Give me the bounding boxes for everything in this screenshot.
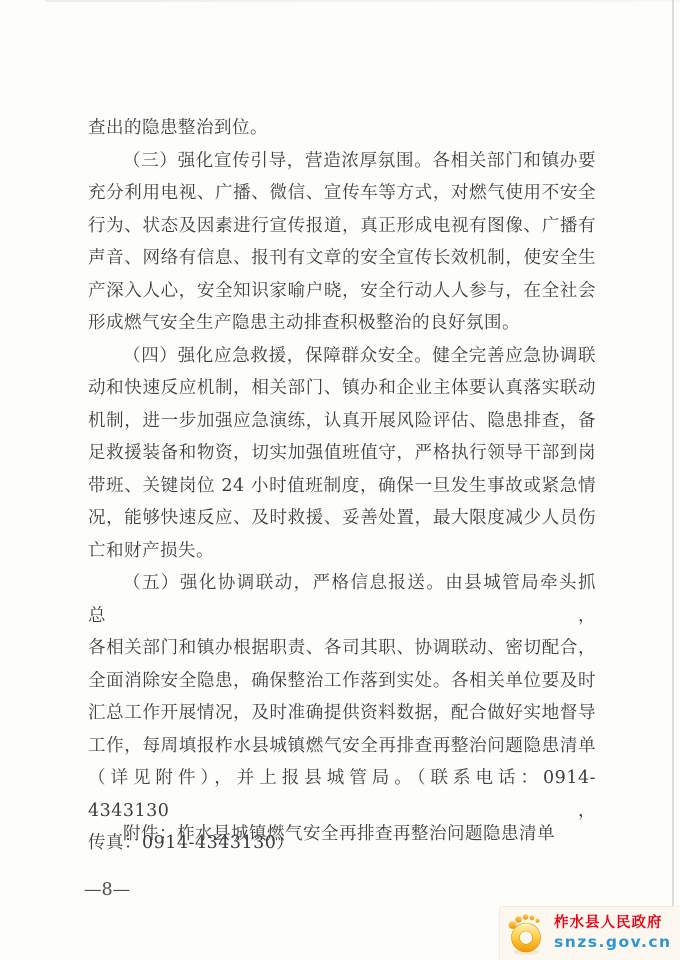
document-line: 行为、状态及因素进行宣传报道，真正形成电视有图像、广播有 [88,210,596,243]
scanned-document-page: 查出的隐患整治到位。（三）强化宣传引导，营造浓厚氛围。各相关部门和镇办要充分利用… [0,0,680,960]
document-line: 各相关部门和镇办根据职责、各司其职、协调联动、密切配合， [88,632,596,665]
scan-artifact-right-line [672,0,674,960]
document-body: 查出的隐患整治到位。（三）强化宣传引导，营造浓厚氛围。各相关部门和镇办要充分利用… [88,112,596,860]
document-line: 汇总工作开展情况，及时准确提供资料数据，配合做好实地督导 [88,697,596,730]
document-line: 带班、关键岗位 24 小时值班制度，确保一旦发生事故或紧急情 [88,470,596,503]
document-line: 充分利用电视、广播、微信、宣传车等方式，对燃气使用不安全 [88,177,596,210]
document-line: （三）强化宣传引导，营造浓厚氛围。各相关部门和镇办要 [88,145,596,178]
watermark-site-url: snzs.gov.cn [554,934,672,952]
footprint-icon [505,911,547,957]
document-line: 动和快速反应机制，相关部门、镇办和企业主体要认真落实联动 [88,372,596,405]
document-line: 声音、网络有信息、报刊有文章的安全宣传长效机制，使安全生 [88,242,596,275]
document-line: 全面消除安全隐患，确保整治工作落到实处。各相关单位要及时 [88,665,596,698]
document-line: 工作，每周填报柞水县城镇燃气安全再排查再整治问题隐患清单 [88,730,596,763]
site-watermark-badge: 柞水县人民政府 snzs.gov.cn [499,906,680,960]
page-number: —8— [84,880,130,900]
document-line: 足救援装备和物资，切实加强值班值守，严格执行领导干部到岗 [88,437,596,470]
document-line: （四）强化应急救援，保障群众安全。健全完善应急协调联 [88,340,596,373]
document-line: 形成燃气安全生产隐患主动排查积极整治的良好氛围。 [88,307,596,340]
attachment-line: 附件：柞水县城镇燃气安全再排查再整治问题隐患清单 [88,818,596,851]
watermark-text-block: 柞水县人民政府 snzs.gov.cn [554,915,672,951]
document-line: 亡和财产损失。 [88,535,596,568]
document-line: 机制，进一步加强应急演练，认真开展风险评估、隐患排查，备 [88,405,596,438]
watermark-site-name: 柞水县人民政府 [554,915,672,932]
document-line: 况，能够快速反应、及时救援、妥善处置，最大限度减少人员伤 [88,502,596,535]
document-line: （五）强化协调联动，严格信息报送。由县城管局牵头抓总， [88,567,596,632]
scan-artifact-top-line [45,0,680,2]
document-line: 查出的隐患整治到位。 [88,112,596,145]
document-line: 产深入人心，安全知识家喻户晓，安全行动人人参与，在全社会 [88,275,596,308]
